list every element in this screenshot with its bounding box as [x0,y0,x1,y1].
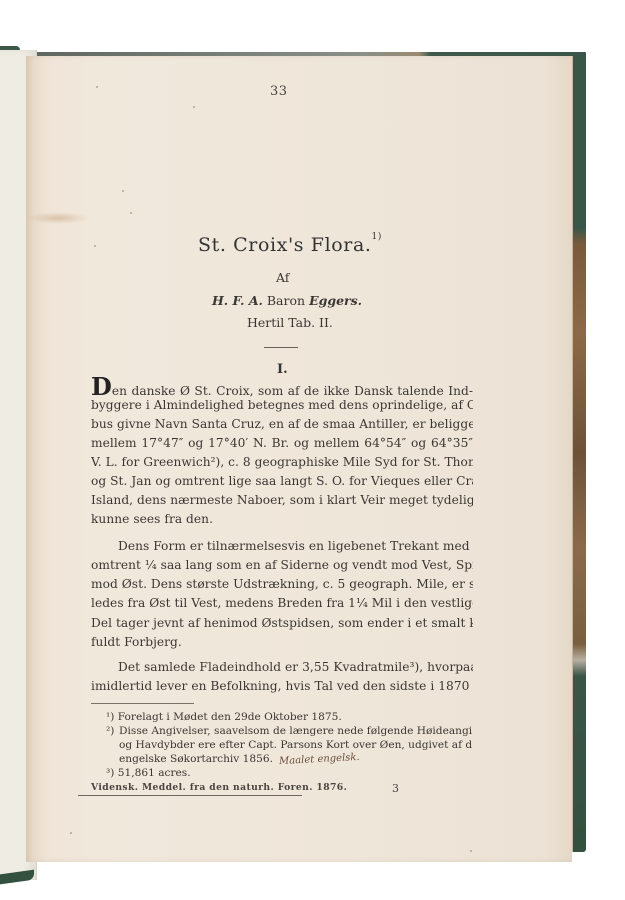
footnote-1: ¹) Forelagt i Mødet den 29de Oktober 187… [106,710,342,725]
body-line: imidlertid lever en Befolkning, hvis Tal… [91,677,473,696]
body-line: bus givne Navn Santa Cruz, en af de smaa… [91,415,473,434]
byline-prefix: Af [276,270,289,285]
foxing-stain [26,212,90,224]
book-spine-edge [571,52,586,852]
footnote-2-line: Disse Angivelser, saavelsom de længere n… [119,724,472,739]
body-line: byggere i Almindelighed betegnes med den… [91,396,473,415]
footnote-2-line: og Havdybder ere efter Capt. Parsons Kor… [119,738,472,753]
body-line: fuldt Forbjerg. [91,633,473,652]
footnote-2-marker: ²) [106,724,114,739]
article-title: St. Croix's Flora.1) [198,234,382,256]
body-line: V. L. for Greenwich²), c. 8 geographiske… [91,453,473,472]
author-surname: Eggers. [309,293,362,308]
body-line: og St. Jan og omtrent lige saa langt S. … [91,472,473,491]
author-title: Baron [267,293,305,308]
author-line: H. F. A. Baron Eggers. [212,293,362,308]
body-line: Island, dens nærmeste Naboer, som i klar… [91,491,473,510]
body-line: mellem 17°47″ og 17°40′ N. Br. og mellem… [91,434,473,453]
page-number: 33 [270,84,288,99]
footer-rule [78,795,302,796]
body-line: mod Øst. Dens største Udstrækning, c. 5 … [91,575,473,594]
signature-mark: 3 [392,782,399,795]
title-footnote-ref: 1) [372,232,382,242]
body-line: Det samlede Fladeindhold er 3,55 Kvadrat… [91,658,473,677]
author-initials: H. F. A. [212,293,263,308]
handwritten-annotation: Maalet engelsk. [279,751,360,770]
body-line: Del tager jevnt af henimod Østspidsen, s… [91,614,473,633]
footnote-3: ³) 51,861 acres. [106,766,191,781]
plate-reference: Hertil Tab. II. [247,315,333,330]
title-divider [264,347,298,348]
footnote-marker: ¹) [106,711,114,723]
journal-footer: Vidensk. Meddel. fra den naturh. Foren. … [91,782,347,793]
body-line: omtrent ¼ saa lang som en af Siderne og … [91,556,473,575]
body-line: kunne sees fra den. [91,510,473,529]
body-line: ledes fra Øst til Vest, medens Breden fr… [91,594,473,613]
section-heading: I. [277,362,288,377]
body-line: Dens Form er tilnærmelsesvis en ligebene… [91,537,473,556]
footnote-divider [91,703,194,704]
footnote-marker: ³) [106,767,114,779]
